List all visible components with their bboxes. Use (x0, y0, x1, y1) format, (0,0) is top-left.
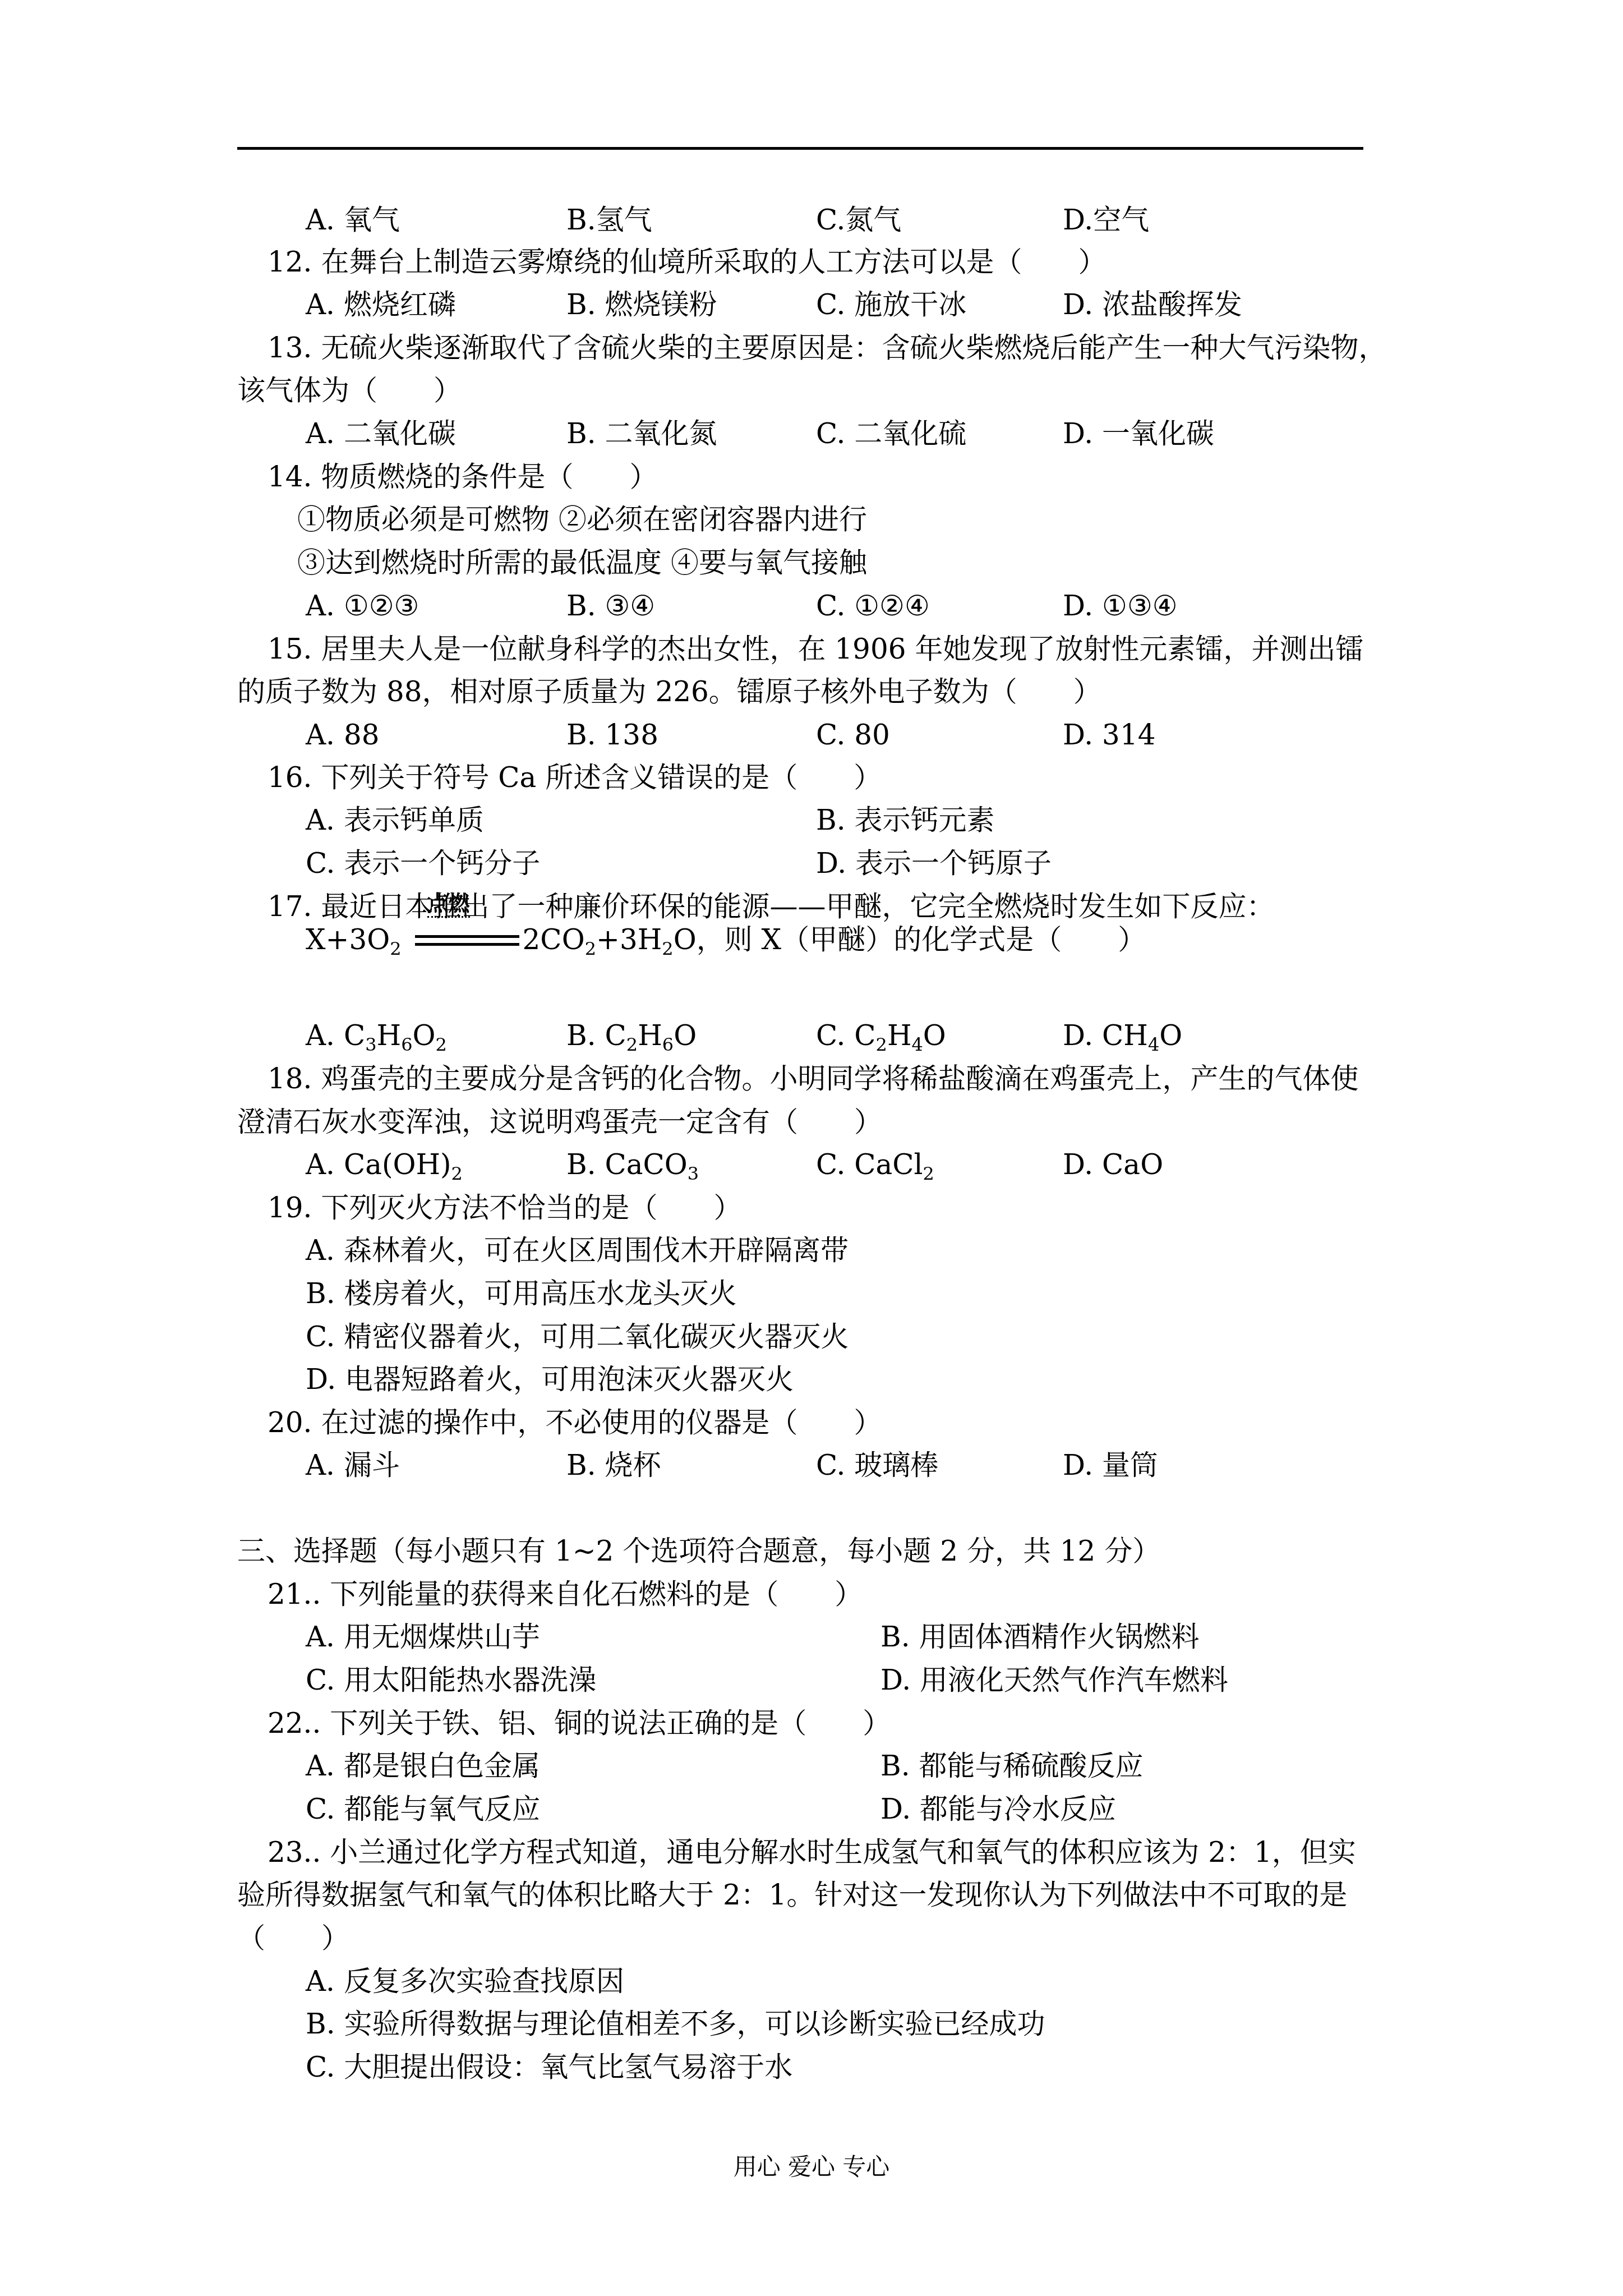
q18-option-b: B. CaCO3 (566, 1148, 699, 1190)
q19-option-b: B. 楼房着火，可用高压水龙头灭火 (306, 1277, 737, 1310)
q20-stem: 20. 在过滤的操作中，不必使用的仪器是（ ） (268, 1406, 882, 1439)
q22-stem: 22.. 下列关于铁、铝、铜的说法正确的是（ ） (268, 1706, 891, 1740)
q20-option-c: C. 玻璃棒 (816, 1448, 938, 1482)
q15-option-c: C. 80 (816, 718, 890, 752)
q23-stem-line2: 验所得数据氢气和氧气的体积比略大于 2：1。针对这一发现你认为下列做法中不可取的… (237, 1878, 1348, 1912)
q16-option-d: D. 表示一个钙原子 (816, 846, 1052, 880)
page-footer: 用心 爱心 专心 (0, 2148, 1623, 2182)
eq-right-a-sub: 2 (585, 938, 596, 959)
q12-option-a: A. 燃烧红磷 (306, 288, 456, 321)
q19-option-c: C. 精密仪器着火，可用二氧化碳灭火器灭火 (306, 1320, 849, 1354)
reaction-arrow-icon: 点燃 (411, 923, 523, 956)
q11-option-b: B.氢气 (566, 203, 652, 237)
q22-option-a: A. 都是银白色金属 (306, 1749, 540, 1783)
q13-option-b: B. 二氧化氮 (566, 417, 717, 450)
q14-conditions-line2: ③达到燃烧时所需的最低温度 ④要与氧气接触 (297, 546, 867, 579)
q14-option-a: A. ①②③ (306, 589, 419, 623)
q23-option-b: B. 实验所得数据与理论值相差不多，可以诊断实验已经成功 (306, 2007, 1045, 2041)
q18-option-a: A. Ca(OH)2 (306, 1148, 463, 1190)
q19-option-d: D. 电器短路着火，可用泡沫灭火器灭火 (306, 1363, 794, 1396)
eq-right-b-sub: 2 (662, 938, 673, 959)
q14-option-c: C. ①②④ (816, 589, 930, 623)
q21-stem: 21.. 下列能量的获得来自化石燃料的是（ ） (268, 1577, 863, 1611)
q18-option-c: C. CaCl2 (816, 1148, 934, 1190)
q14-stem: 14. 物质燃烧的条件是（ ） (268, 460, 657, 494)
q12-option-d: D. 浓盐酸挥发 (1063, 288, 1242, 321)
q19-option-a: A. 森林着火，可在火区周围伐木开辟隔离带 (306, 1234, 849, 1267)
q13-option-c: C. 二氧化硫 (816, 417, 966, 450)
q13-stem-line1: 13. 无硫火柴逐渐取代了含硫火柴的主要原因是：含硫火柴燃烧后能产生一种大气污染… (268, 331, 1386, 365)
q23-option-c: C. 大胆提出假设：氧气比氢气易溶于水 (306, 2050, 792, 2084)
q17-option-d: D. CH4O (1063, 1019, 1182, 1061)
reaction-condition: 点燃 (427, 890, 470, 918)
q17-option-a: A. C3H6O2 (306, 1019, 447, 1061)
q17-option-c: C. C2H4O (816, 1019, 946, 1061)
eq-left-sub: 2 (390, 938, 401, 959)
q13-stem-line2: 该气体为（ ） (237, 374, 462, 407)
eq-right-c: O (674, 923, 697, 956)
q19-stem: 19. 下列灭火方法不恰当的是（ ） (268, 1191, 741, 1225)
eq-left: X+3O (306, 923, 390, 956)
q17-equation: X+3O2 点燃 2CO2+3H2O，则 X（甲醚）的化学式是（ ） (306, 923, 1146, 965)
q20-option-b: B. 烧杯 (566, 1448, 661, 1482)
header-rule (237, 147, 1363, 150)
section-3-title: 三、选择题（每小题只有 1~2 个选项符合题意，每小题 2 分，共 12 分） (237, 1534, 1160, 1568)
q15-stem-line1: 15. 居里夫人是一位献身科学的杰出女性，在 1906 年她发现了放射性元素镭，… (268, 632, 1363, 666)
q21-option-c: C. 用太阳能热水器洗澡 (306, 1663, 596, 1697)
q17-option-b: B. C2H6O (566, 1019, 697, 1061)
q20-option-d: D. 量筒 (1063, 1448, 1158, 1482)
q16-option-c: C. 表示一个钙分子 (306, 846, 540, 880)
eq-right-b: +3H (596, 923, 662, 956)
q15-stem-line2: 的质子数为 88，相对原子质量为 226。镭原子核外电子数为（ ） (237, 675, 1101, 708)
eq-right-a: 2CO (523, 923, 585, 956)
q18-stem-line2: 澄清石灰水变浑浊，这说明鸡蛋壳一定含有（ ） (237, 1105, 882, 1139)
q14-option-b: B. ③④ (566, 589, 655, 623)
q23-stem-line3: （ ） (237, 1921, 349, 1955)
q14-conditions-line1: ①物质必须是可燃物 ②必须在密闭容器内进行 (297, 503, 867, 536)
q15-option-d: D. 314 (1063, 718, 1156, 752)
q11-option-a: A. 氧气 (306, 203, 400, 237)
q20-option-a: A. 漏斗 (306, 1448, 400, 1482)
q18-stem-line1: 18. 鸡蛋壳的主要成分是含钙的化合物。小明同学将稀盐酸滴在鸡蛋壳上，产生的气体… (268, 1062, 1358, 1096)
q11-option-d: D.空气 (1063, 203, 1149, 237)
q15-option-a: A. 88 (306, 718, 380, 752)
q13-option-a: A. 二氧化碳 (306, 417, 456, 450)
q21-option-b: B. 用固体酒精作火锅燃料 (880, 1620, 1200, 1654)
q23-option-a: A. 反复多次实验查找原因 (306, 1964, 624, 1998)
q12-stem: 12. 在舞台上制造云雾燎绕的仙境所采取的人工方法可以是（ ） (268, 245, 1106, 279)
q21-option-d: D. 用液化天然气作汽车燃料 (880, 1663, 1228, 1697)
q15-option-b: B. 138 (566, 718, 658, 752)
q12-option-b: B. 燃烧镁粉 (566, 288, 717, 321)
q23-stem-line1: 23.. 小兰通过化学方程式知道，通电分解水时生成氢气和氧气的体积应该为 2：1… (268, 1835, 1356, 1869)
q16-stem: 16. 下列关于符号 Ca 所述含义错误的是（ ） (268, 761, 882, 794)
eq-tail: ，则 X（甲醚）的化学式是（ ） (697, 923, 1146, 956)
q17-stem: 17. 最近日本推出了一种廉价环保的能源——甲醚，它完全燃烧时发生如下反应： (268, 890, 1274, 923)
q22-option-c: C. 都能与氧气反应 (306, 1792, 540, 1826)
q16-option-b: B. 表示钙元素 (816, 803, 995, 837)
q22-option-d: D. 都能与冷水反应 (880, 1792, 1116, 1826)
q22-option-b: B. 都能与稀硫酸反应 (880, 1749, 1144, 1783)
q21-option-a: A. 用无烟煤烘山芋 (306, 1620, 540, 1654)
q16-option-a: A. 表示钙单质 (306, 803, 484, 837)
q12-option-c: C. 施放干冰 (816, 288, 966, 321)
q11-option-c: C.氮气 (816, 203, 901, 237)
q18-option-d: D. CaO (1063, 1148, 1163, 1181)
q14-option-d: D. ①③④ (1063, 589, 1178, 623)
q13-option-d: D. 一氧化碳 (1063, 417, 1214, 450)
